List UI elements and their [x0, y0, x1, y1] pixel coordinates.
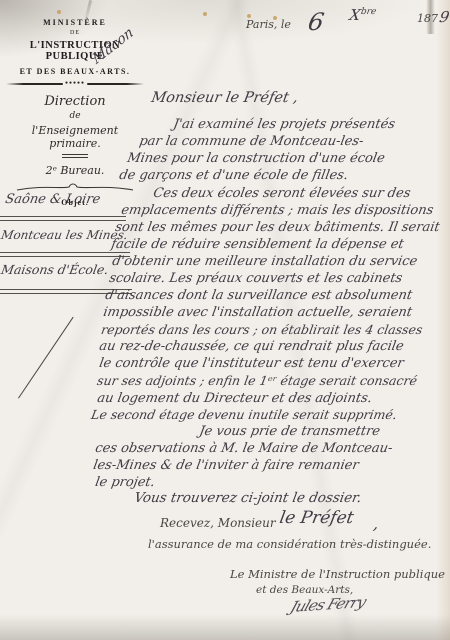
ministry-name: ET DES BEAUX-ARTS. [6, 67, 144, 76]
salutation: Monsieur le Préfet , [150, 90, 299, 106]
dateline-year-printed: 187 [417, 12, 438, 25]
manuscript-line: Je vous prie de transmettre [198, 424, 381, 439]
manuscript-line: d'aisances dont la surveillance est abso… [104, 288, 413, 303]
dateline-printed: Paris, le [246, 18, 291, 31]
direction-label: de [6, 111, 144, 121]
direction-label: Direction [6, 94, 144, 109]
manuscript-line: au logement du Directeur et des adjoints… [96, 391, 373, 406]
manuscript-line: impossible avec l'installation actuelle,… [102, 305, 413, 320]
pen-stroke [18, 317, 74, 399]
direction-label: l'Enseignement primaire. [6, 124, 144, 150]
manuscript-line: Mines pour la construction d'une école [126, 151, 386, 166]
manuscript-line: facile de réduire sensiblement la dépens… [110, 237, 405, 252]
scanned-letter-page: MINISTÈRE DE L'INSTRUCTION PUBLIQUE ET D… [0, 0, 450, 640]
margin-entry-objet: Maisons d'École. [0, 262, 110, 277]
closing-assurance: l'assurance de ma considération très-dis… [148, 537, 431, 551]
pin-mark [203, 12, 207, 16]
manuscript-line: par la commune de Montceau-les- [138, 134, 365, 149]
divider [62, 154, 88, 158]
manuscript-line: emplacements différents ; mais les dispo… [120, 203, 435, 218]
manuscript-line: sur ses adjoints ; enfin le 1ᵉʳ étage se… [96, 373, 418, 388]
manuscript-line: ces observations à M. le Maire de Montce… [94, 441, 394, 456]
manuscript-line: reportés dans les cours ; on établirait … [100, 322, 424, 337]
manuscript-line: scolaire. Les préaux couverts et les cab… [108, 271, 404, 286]
margin-entry-department: Saône & Loire [4, 192, 102, 207]
manuscript-line: le projet. [94, 475, 156, 490]
dateline-day: 6 [306, 8, 326, 36]
manuscript-line: Vous trouverez ci-joint le dossier. [133, 490, 363, 506]
margin-entry-commune: Montceau les Mines. [0, 228, 129, 242]
closing-handwritten: le Préfet [278, 508, 355, 528]
ministry-name: MINISTÈRE [6, 18, 144, 27]
minister-signature: Jules Ferry [288, 593, 368, 616]
ornament-divider: ●●●●● [6, 81, 144, 86]
closing-printed: Recevez, Monsieur [160, 516, 276, 530]
manuscript-line: Le second étage devenu inutile serait su… [90, 407, 398, 422]
divider [0, 216, 126, 221]
manuscript-line: J'ai examiné les projets présentés [172, 117, 396, 132]
divider [0, 252, 130, 257]
manuscript-line: Ces deux écoles seront élevées sur des [152, 186, 412, 201]
minister-title-line1: Le Ministre de l'Instruction publique [230, 567, 445, 581]
manuscript-line: d'obtenir une meilleure installation du … [111, 254, 419, 269]
manuscript-line: le contrôle que l'instituteur est tenu d… [98, 356, 405, 371]
manuscript-line: au rez-de-chaussée, ce qui rendrait plus… [98, 339, 405, 354]
dateline-year-digit: 9 [438, 8, 450, 26]
pin-mark [57, 10, 61, 14]
manuscript-line: les-Mines & de l'inviter à faire remanie… [92, 458, 360, 473]
closing-comma: , [372, 514, 380, 533]
manuscript-line: de garçons et d'une école de filles. [118, 168, 349, 183]
manuscript-line: sont les mêmes pour les deux bâtiments. … [114, 220, 441, 235]
dateline-month: Xbre [348, 6, 377, 24]
